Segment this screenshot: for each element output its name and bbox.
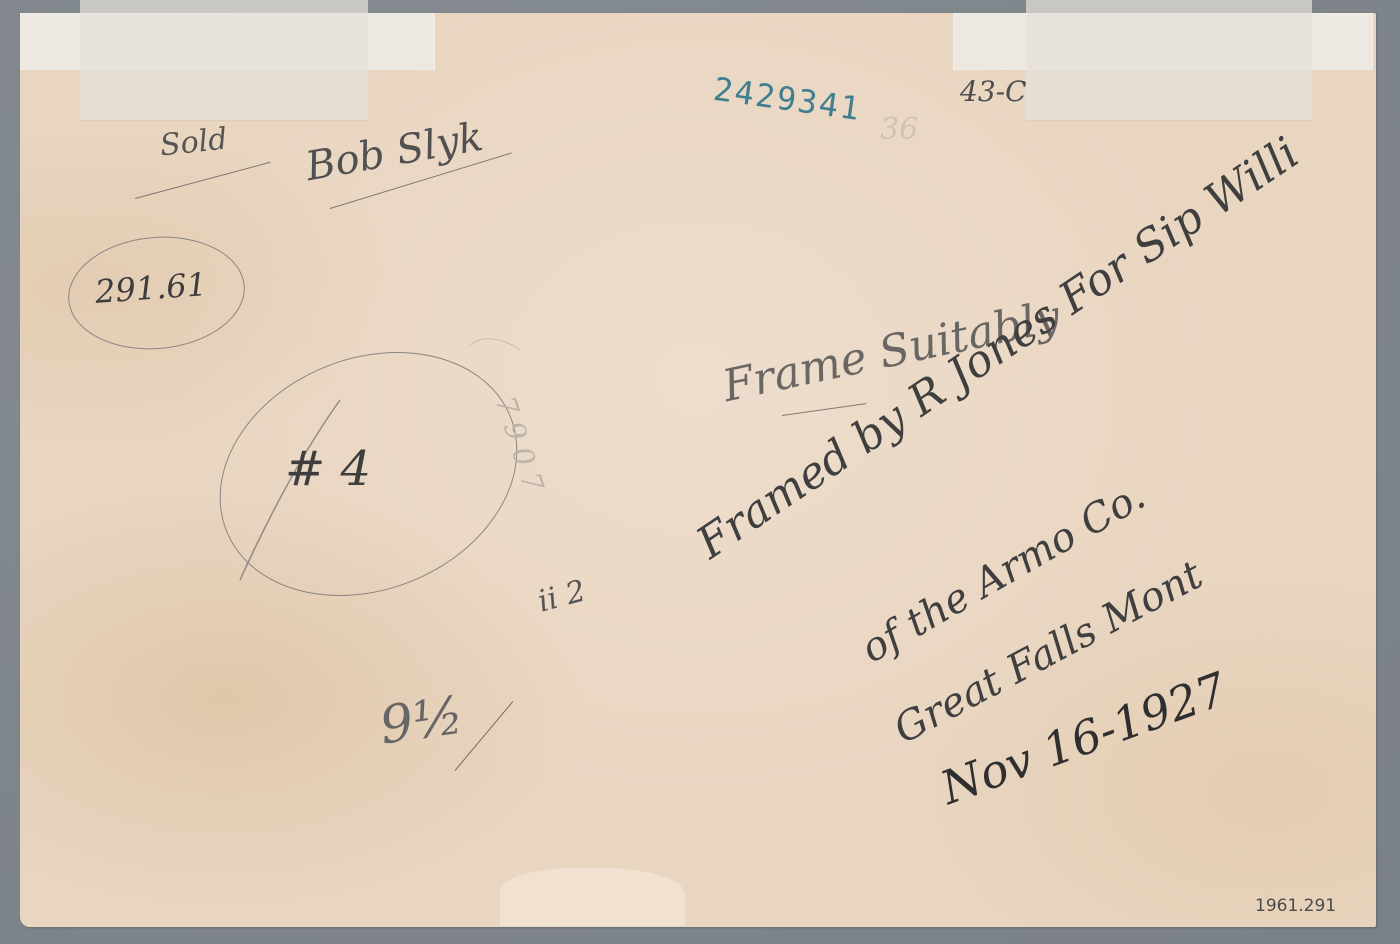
size-note: 9½ (377, 689, 467, 752)
accession-number: 1961.291 (1255, 898, 1336, 915)
oval-cross-stroke (0, 0, 1400, 944)
circled-mark: # 4 (285, 445, 371, 493)
